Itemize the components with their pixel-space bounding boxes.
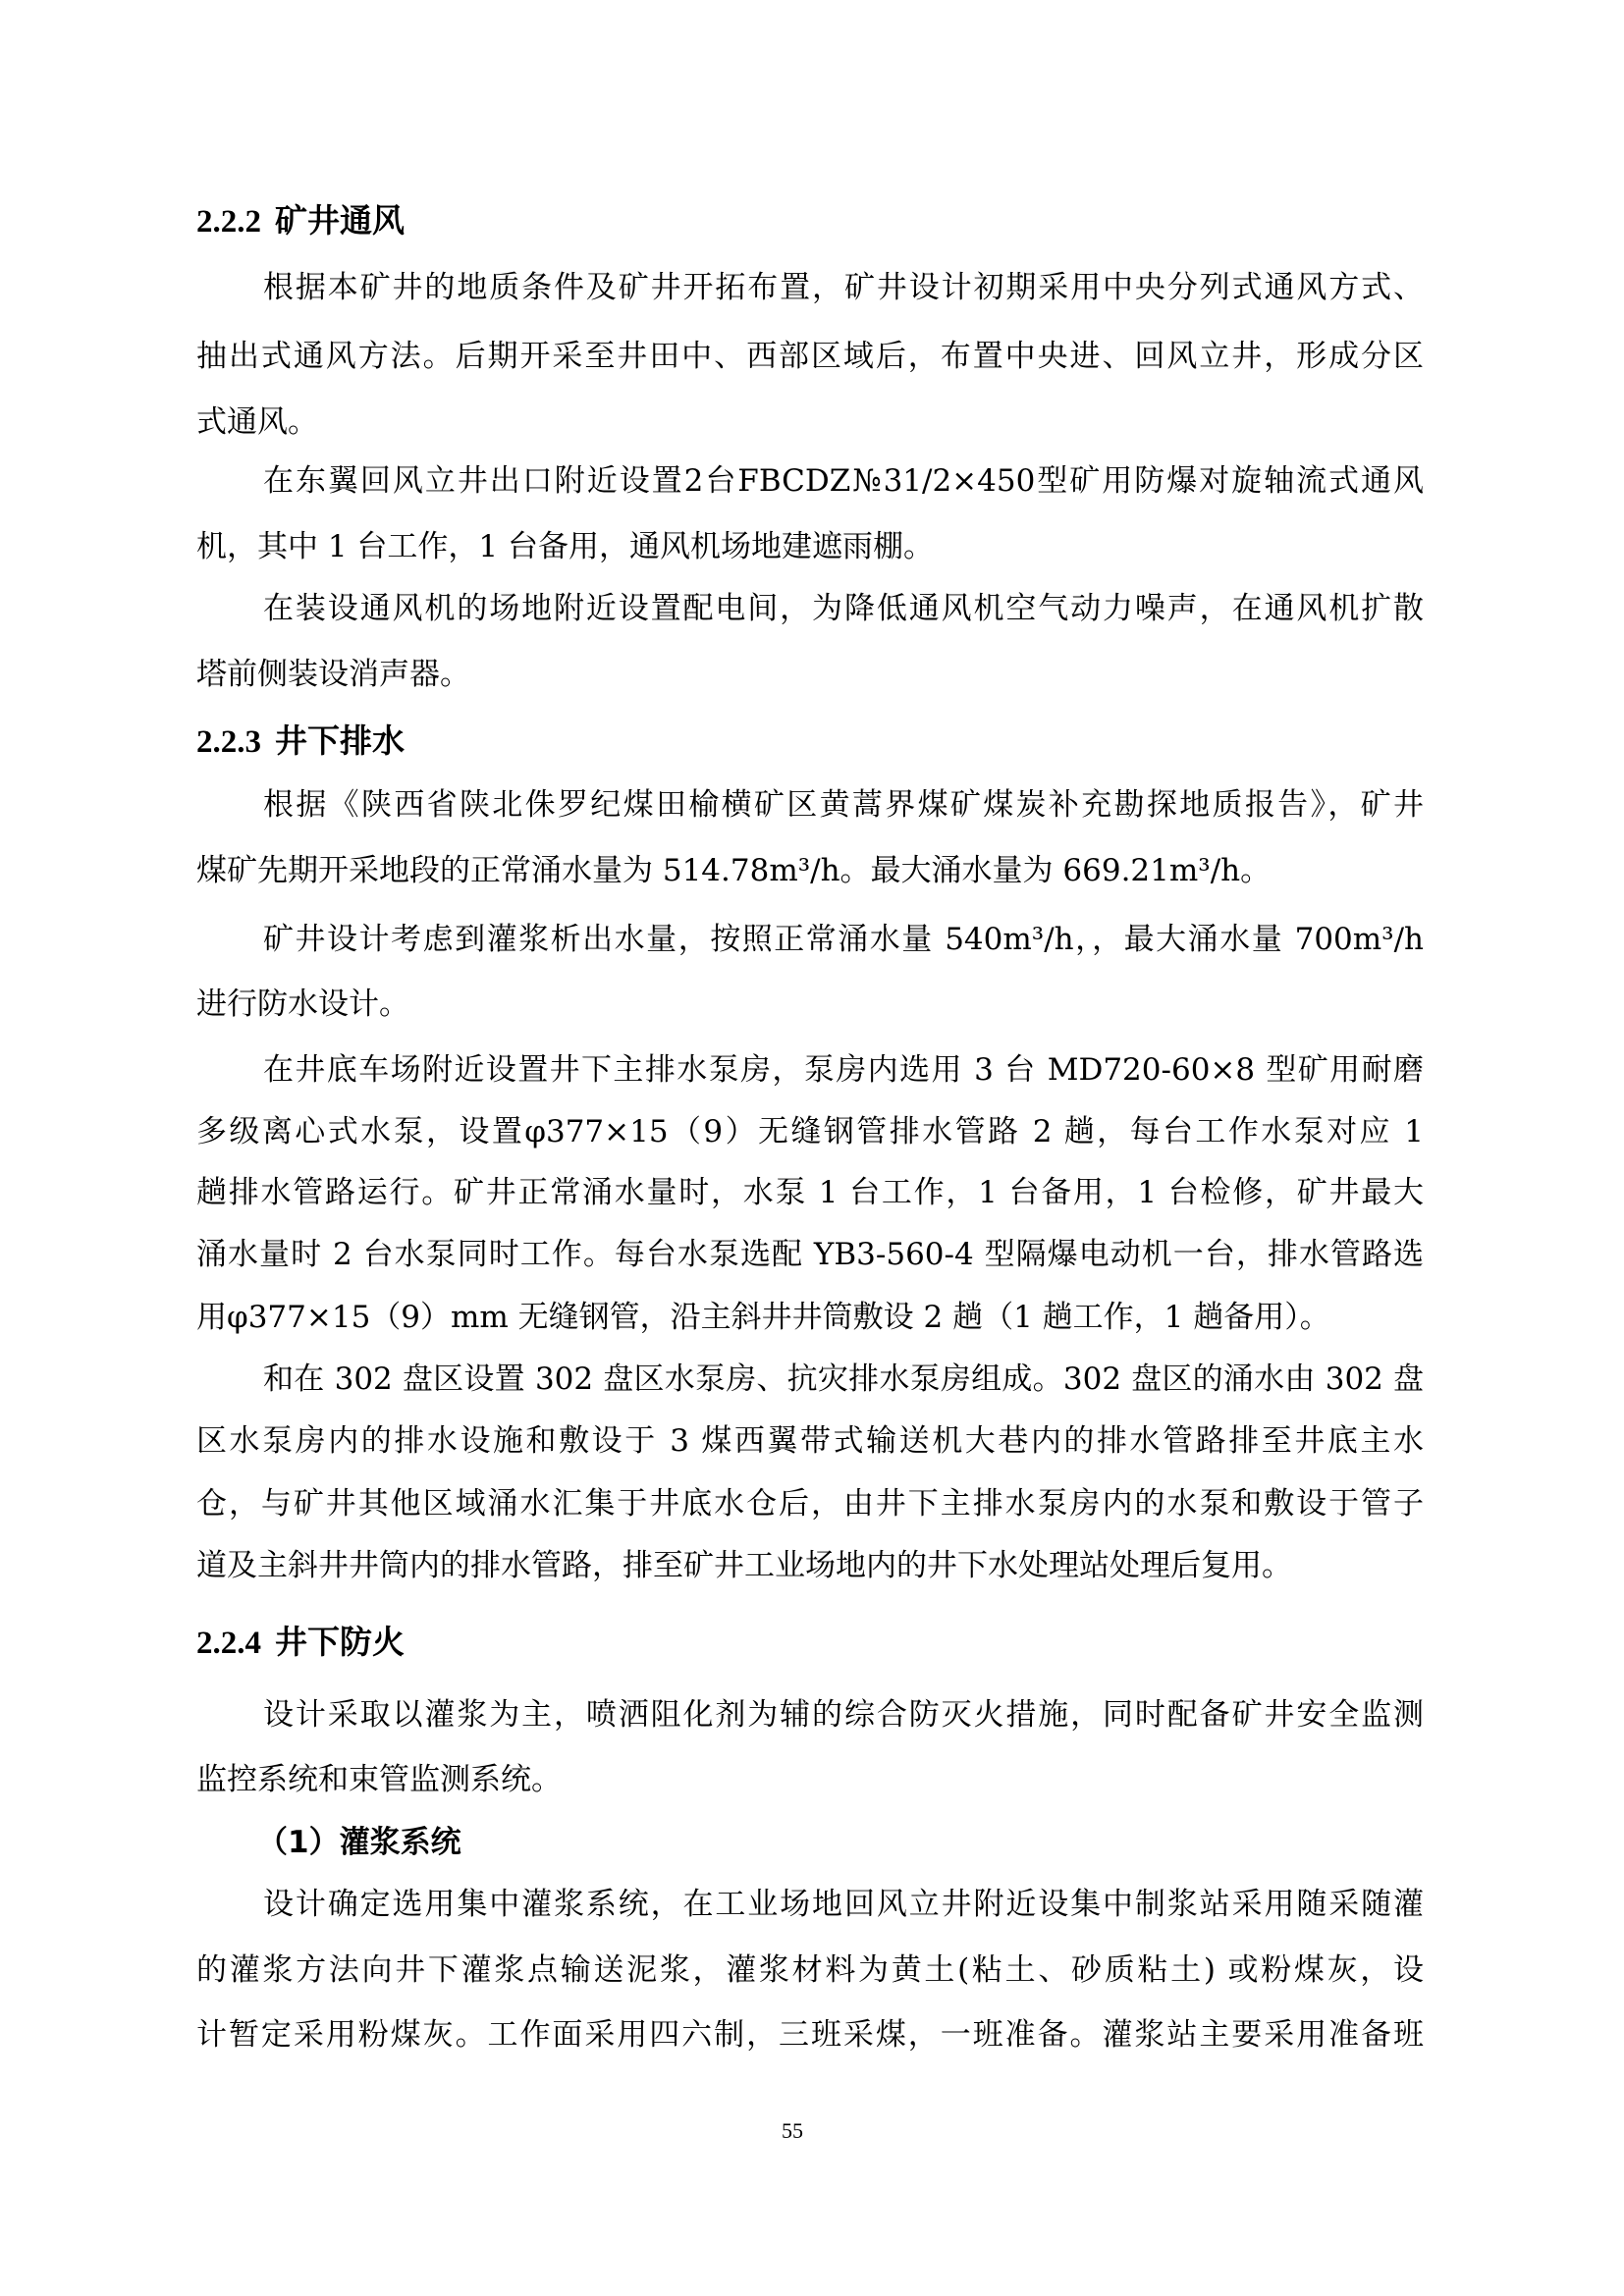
section-heading-2-2-2: 2.2.2矿井通风 [196, 199, 405, 242]
paragraph-line: 式通风。 [196, 402, 1424, 442]
paragraph-line: 根据本矿井的地质条件及矿井开拓布置，矿井设计初期采用中央分列式通风方式、 [263, 268, 1424, 307]
paragraph-line: 和在 302 盘区设置 302 盘区水泵房、抗灾排水泵房组成。302 盘区的涌水… [263, 1360, 1424, 1399]
paragraph-line: 设计采取以灌浆为主，喷洒阻化剂为辅的综合防灭火措施，同时配备矿井安全监测 [263, 1695, 1424, 1735]
section-title: 井下防火 [275, 1623, 405, 1661]
paragraph-line: 用φ377×15（9）mm 无缝钢管，沿主斜井井筒敷设 2 趟（1 趟工作，1 … [196, 1298, 1424, 1337]
section-title: 井下排水 [275, 721, 405, 760]
paragraph-line: 在装设通风机的场地附近设置配电间，为降低通风机空气动力噪声，在通风机扩散 [263, 589, 1424, 628]
paragraph-line: 道及主斜井井筒内的排水管路，排至矿井工业场地内的井下水处理站处理后复用。 [196, 1546, 1424, 1585]
section-heading-2-2-4: 2.2.4井下防火 [196, 1621, 405, 1664]
paragraph-line: 在东翼回风立井出口附近设置2台FBCDZ№31/2×450型矿用防爆对旋轴流式通… [263, 461, 1424, 501]
section-number: 2.2.3 [196, 724, 261, 760]
section-heading-2-2-3: 2.2.3井下排水 [196, 720, 405, 763]
paragraph-line: 多级离心式水泵，设置φ377×15（9）无缝钢管排水管路 2 趟，每台工作水泵对… [196, 1112, 1424, 1151]
paragraph-line: 仓，与矿井其他区域涌水汇集于井底水仓后，由井下主排水泵房内的水泵和敷设于管子 [196, 1484, 1424, 1523]
paragraph-line: 计暂定采用粉煤灰。工作面采用四六制，三班采煤，一班准备。灌浆站主要采用准备班 [196, 2015, 1424, 2055]
paragraph-line: 机，其中 1 台工作，1 台备用，通风机场地建遮雨棚。 [196, 527, 1424, 566]
paragraph-line: 监控系统和束管监测系统。 [196, 1760, 1424, 1799]
paragraph-line: 煤矿先期开采地段的正常涌水量为 514.78m³/h。最大涌水量为 669.21… [196, 851, 1424, 890]
section-number: 2.2.2 [196, 204, 261, 240]
paragraph-line: 趟排水管路运行。矿井正常涌水量时，水泵 1 台工作，1 台备用，1 台检修，矿井… [196, 1173, 1424, 1212]
paragraph-line: 根据《陕西省陕北侏罗纪煤田榆横矿区黄蒿界煤矿煤炭补充勘探地质报告》，矿井 [263, 785, 1424, 825]
document-page: 2.2.2矿井通风 根据本矿井的地质条件及矿井开拓布置，矿井设计初期采用中央分列… [0, 0, 1624, 2296]
paragraph-line: 塔前侧装设消声器。 [196, 655, 1424, 694]
paragraph-line: 进行防水设计。 [196, 985, 1424, 1024]
section-title: 矿井通风 [275, 201, 405, 240]
paragraph-line: 矿井设计考虑到灌浆析出水量，按照正常涌水量 540m³/h，，最大涌水量 700… [263, 920, 1424, 959]
paragraph-line: 涌水量时 2 台水泵同时工作。每台水泵选配 YB3-560-4 型隔爆电动机一台… [196, 1235, 1424, 1274]
subsection-heading-grouting-system: （1）灌浆系统 [257, 1822, 461, 1863]
paragraph-line: 的灌浆方法向井下灌浆点输送泥浆，灌浆材料为黄土(粘土、砂质粘土) 或粉煤灰，设 [196, 1950, 1424, 1990]
paragraph-line: 抽出式通风方法。后期开采至井田中、西部区域后，布置中央进、回风立井，形成分区 [196, 337, 1424, 376]
paragraph-line: 在井底车场附近设置井下主排水泵房，泵房内选用 3 台 MD720-60×8 型矿… [263, 1050, 1424, 1090]
paragraph-line: 设计确定选用集中灌浆系统，在工业场地回风立井附近设集中制浆站采用随采随灌 [263, 1885, 1424, 1924]
section-number: 2.2.4 [196, 1626, 261, 1661]
page-number: 55 [773, 2116, 812, 2146]
paragraph-line: 区水泵房内的排水设施和敷设于 3 煤西翼带式输送机大巷内的排水管路排至井底主水 [196, 1421, 1424, 1461]
